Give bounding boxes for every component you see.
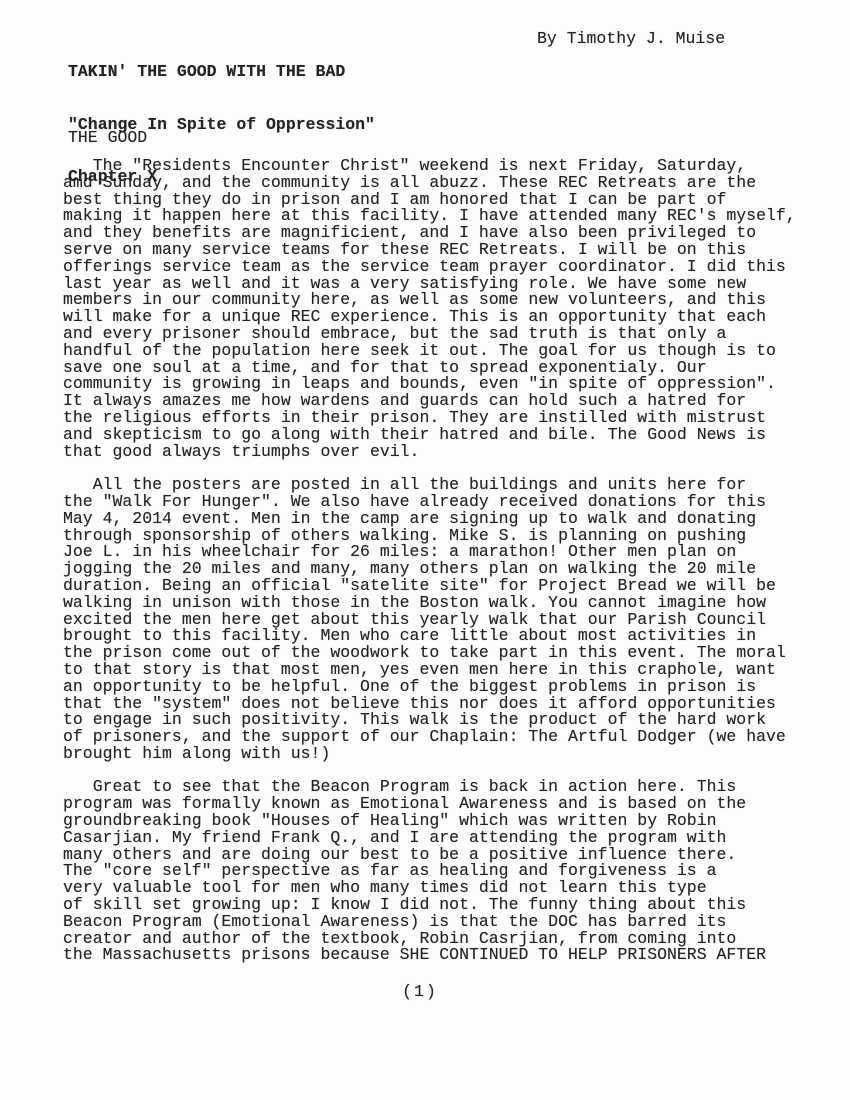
title-line-1: TAKIN' THE GOOD WITH THE BAD [68, 63, 375, 81]
text-line: that good always triumphs over evil. [63, 444, 833, 461]
paragraph: The "Residents Encounter Christ" weekend… [63, 158, 833, 460]
document-body: The "Residents Encounter Christ" weekend… [63, 158, 833, 964]
paragraph: All the posters are posted in all the bu… [63, 477, 833, 763]
text-line: an opportunity to be helpful. One of the… [63, 679, 833, 696]
page-number: (1) [0, 982, 840, 1001]
section-heading: THE GOOD [68, 129, 147, 146]
text-line: the Massachusetts prisons because SHE CO… [63, 947, 833, 964]
byline: By Timothy J. Muise [537, 30, 725, 48]
document-page: TAKIN' THE GOOD WITH THE BAD "Change In … [0, 0, 850, 1100]
text-line: May 4, 2014 event. Men in the camp are s… [63, 511, 833, 528]
text-line: walking in unison with those in the Bost… [63, 595, 833, 612]
paragraph: Great to see that the Beacon Program is … [63, 779, 833, 964]
text-line: brought him along with us!) [63, 746, 833, 763]
